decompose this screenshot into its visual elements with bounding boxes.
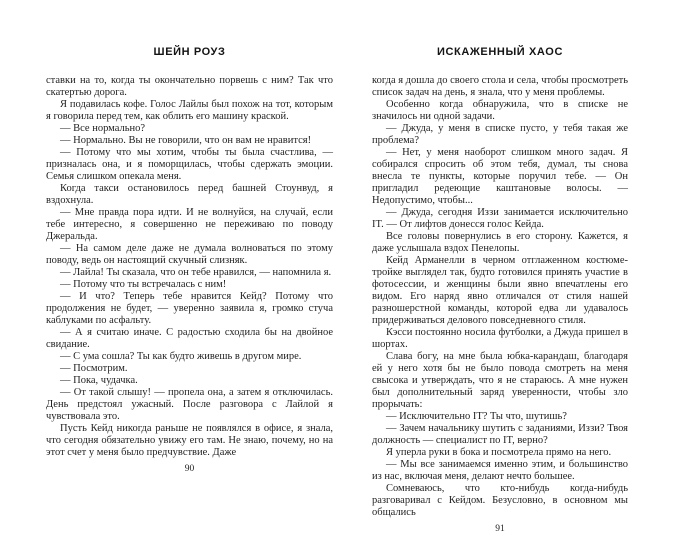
paragraph: Кейд Арманелли в черном отглаженном кост…	[372, 255, 628, 327]
book-spread: ШЕЙН РОУЗ ставки на то, когда ты окончат…	[0, 0, 674, 544]
paragraph: Я подавилась кофе. Голос Лайлы был похож…	[46, 99, 333, 123]
paragraph: — Все нормально?	[46, 123, 333, 135]
paragraph: — Джуда, у меня в списке пусто, у тебя т…	[372, 123, 628, 147]
page-number-left: 90	[46, 464, 333, 474]
page-left-text: ставки на то, когда ты окончательно порв…	[46, 75, 333, 459]
paragraph: — От такой слышу! — пропела она, а затем…	[46, 387, 333, 423]
paragraph: Сомневаюсь, что кто-нибудь когда-нибудь …	[372, 483, 628, 519]
page-left: ШЕЙН РОУЗ ставки на то, когда ты окончат…	[46, 46, 333, 474]
paragraph: — Пока, чудачка.	[46, 375, 333, 387]
page-right-text: когда я дошла до своего стола и села, чт…	[372, 75, 628, 519]
paragraph: — Потому что ты встречалась с ним!	[46, 279, 333, 291]
paragraph: — Нет, у меня наоборот слишком много зад…	[372, 147, 628, 207]
paragraph: Кэсси постоянно носила футболки, а Джуда…	[372, 327, 628, 351]
paragraph: Особенно когда обнаружила, что в списке …	[372, 99, 628, 123]
paragraph: — А я считаю иначе. С радостью сходила б…	[46, 327, 333, 351]
paragraph: — Джуда, сегодня Иззи занимается исключи…	[372, 207, 628, 231]
paragraph: Пусть Кейд никогда раньше не появлялся в…	[46, 423, 333, 459]
paragraph: Все головы повернулись в его сторону. Ка…	[372, 231, 628, 255]
paragraph: — Мне правда пора идти. И не волнуйся, н…	[46, 207, 333, 243]
paragraph: — Нормально. Вы не говорили, что он вам …	[46, 135, 333, 147]
paragraph: — Потому что мы хотим, чтобы ты была сча…	[46, 147, 333, 183]
page-number-right: 91	[372, 524, 628, 534]
paragraph: ставки на то, когда ты окончательно порв…	[46, 75, 333, 99]
paragraph: — Зачем начальнику шутить с заданиями, И…	[372, 423, 628, 447]
paragraph: Я уперла руки в бока и посмотрела прямо …	[372, 447, 628, 459]
paragraph: Слава богу, на мне была юбка-карандаш, б…	[372, 351, 628, 411]
paragraph: — Исключительно IT? Ты что, шутишь?	[372, 411, 628, 423]
page-right: ИСКАЖЕННЫЙ ХАОС когда я дошла до своего …	[372, 46, 628, 534]
paragraph: — Мы все занимаемся именно этим, и больш…	[372, 459, 628, 483]
paragraph: когда я дошла до своего стола и села, чт…	[372, 75, 628, 99]
paragraph: — Посмотрим.	[46, 363, 333, 375]
paragraph: — И что? Теперь тебе нравится Кейд? Пото…	[46, 291, 333, 327]
chapter-title: ИСКАЖЕННЫЙ ХАОС	[372, 46, 628, 59]
paragraph: Когда такси остановилось перед башней Ст…	[46, 183, 333, 207]
paragraph: — С ума сошла? Ты как будто живешь в дру…	[46, 351, 333, 363]
running-title: ШЕЙН РОУЗ	[46, 46, 333, 59]
paragraph: — Лайла! Ты сказала, что он тебе нравилс…	[46, 267, 333, 279]
paragraph: — На самом деле даже не думала волновать…	[46, 243, 333, 267]
